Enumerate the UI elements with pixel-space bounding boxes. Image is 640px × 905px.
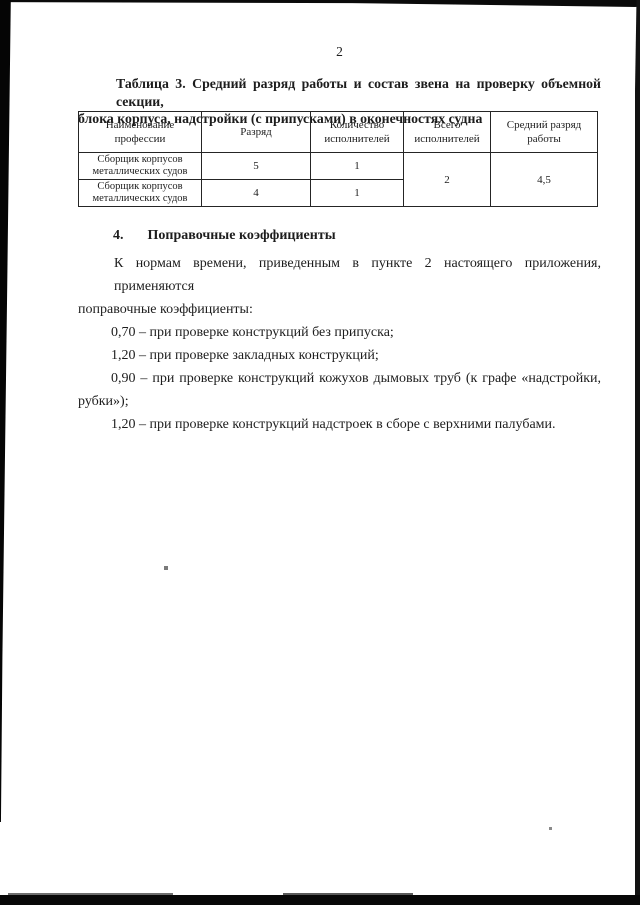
scan-edge-left [0,0,12,822]
section-correction-coefficients: 4. Поправочные коэффициенты К нормам вре… [78,227,601,436]
count-cell: 1 [311,153,404,180]
column-header-grade: Разряд [202,112,311,153]
section-heading-label: Поправочные коэффициенты [148,227,336,245]
coefficient-item-4: 1,20 – при проверке конструкций надстрое… [78,413,601,436]
average-grade-cell: 4,5 [491,153,598,207]
section-number: 4. [113,227,124,245]
coefficient-item-3: 0,90 – при проверке конструкций кожухов … [78,367,601,413]
page-number: 2 [78,44,601,60]
scan-edge-right [635,0,640,905]
table-row: Сборщик корпусов металлических судов 5 1… [79,153,598,180]
coefficient-item-1: 0,70 – при проверке конструкций без прип… [78,321,601,344]
coefficient-item-3-line-1: 0,90 – при проверке конструкций кожухов … [78,367,601,390]
coefficient-item-2-line: 1,20 – при проверке закладных конструкци… [78,344,601,367]
intro-paragraph: К нормам времени, приведенным в пункте 2… [78,252,601,321]
profession-cell: Сборщик корпусов металлических судов [79,180,202,207]
column-header-count: Количество исполнителей [311,112,404,153]
table-caption-line-1: Таблица 3. Средний разряд работы и соста… [78,75,601,110]
count-cell: 1 [311,180,404,207]
section-heading: 4. Поправочные коэффициенты [78,227,601,245]
grade-table: Наименование профессии Разряд Количество… [78,111,598,207]
intro-line-2: поправочные коэффициенты: [78,298,601,321]
grade-cell: 5 [202,153,311,180]
table-header-row: Наименование профессии Разряд Количество… [79,112,598,153]
coefficient-item-2: 1,20 – при проверке закладных конструкци… [78,344,601,367]
column-header-average-grade: Средний разряд работы [491,112,598,153]
coefficient-item-3-line-2: рубки»); [78,390,601,413]
intro-line-1: К нормам времени, приведенным в пункте 2… [78,252,601,298]
column-header-profession: Наименование профессии [79,112,202,153]
total-executors-cell: 2 [404,153,491,207]
column-header-total: Всего исполнителей [404,112,491,153]
coefficient-item-4-line: 1,20 – при проверке конструкций надстрое… [78,413,601,436]
coefficient-item-1-line: 0,70 – при проверке конструкций без прип… [78,321,601,344]
grade-cell: 4 [202,180,311,207]
profession-cell: Сборщик корпусов металлических судов [79,153,202,180]
document-page: 2 Таблица 3. Средний разряд работы и сос… [78,0,601,905]
